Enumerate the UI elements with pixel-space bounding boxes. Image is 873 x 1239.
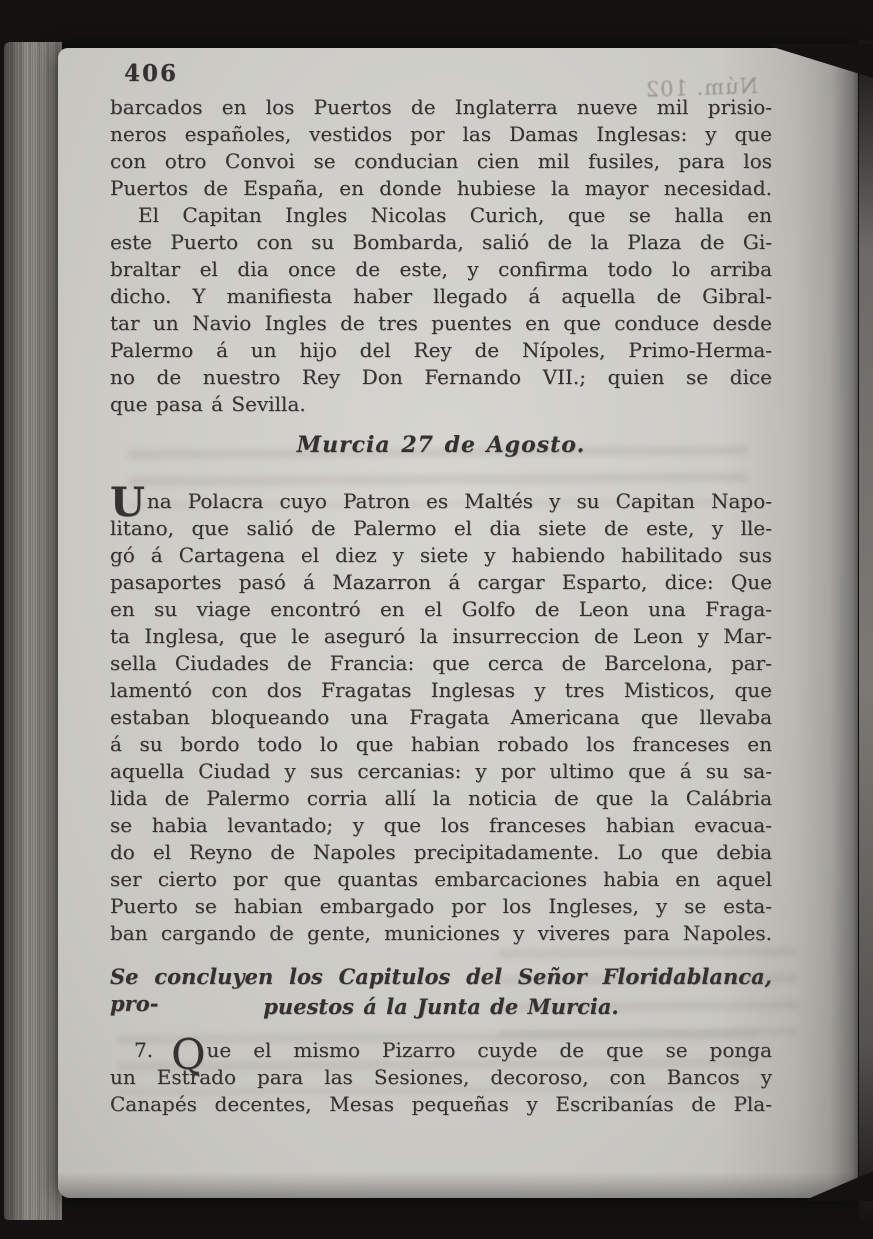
text-line: litano, que salió de Palermo el dia siet… xyxy=(110,515,772,542)
text-line: se habia levantado; y que los franceses … xyxy=(110,812,772,839)
text-line: lida de Palermo corria allí la noticia d… xyxy=(110,785,772,812)
page-paper: Núm. 102 406 barcados en los Puertos de … xyxy=(58,48,858,1198)
text-line-fragment: ue el mismo Pizarro cuyde de que se pong… xyxy=(207,1038,772,1062)
text-line: do el Reyno de Napoles precipitadamente.… xyxy=(110,839,772,866)
section-heading: Se concluyen los Capitulos del Señor Flo… xyxy=(110,963,772,1023)
text-line: pasaportes pasó á Mazarron á cargar Espa… xyxy=(110,569,772,596)
body-paragraph-capitan-curich: El Capitan Ingles Nicolas Curich, que se… xyxy=(110,202,772,418)
body-paragraph-polacra: Una Polacra cuyo Patron es Maltés y su C… xyxy=(110,488,772,947)
text-line: 7.Que el mismo Pizarro cuyde de que se p… xyxy=(110,1037,772,1064)
text-line: Una Polacra cuyo Patron es Maltés y su C… xyxy=(110,488,772,515)
text-line-fragment: na Polacra cuyo Patron es Maltés y su Ca… xyxy=(147,489,772,513)
text-line: á su bordo todo lo que habian robado los… xyxy=(110,731,772,758)
body-paragraph-continuation: barcados en los Puertos de Inglaterra nu… xyxy=(110,94,772,202)
dateline-heading: Murcia 27 de Agosto. xyxy=(110,432,772,462)
page-bottom-shadow xyxy=(58,1172,858,1198)
paragraph-lines: un Estrado para las Sesiones, decoroso, … xyxy=(110,1064,772,1118)
page-number: 406 xyxy=(124,60,772,88)
text-line: Canapés decentes, Mesas pequeñas y Escri… xyxy=(110,1091,772,1118)
text-line: aquella Ciudad y sus cercanias: y por ul… xyxy=(110,758,772,785)
photo-right-gap xyxy=(859,40,873,1220)
text-line: Puertos de España, en donde hubiese la m… xyxy=(110,175,772,202)
capitulo-number: 7. xyxy=(134,1038,153,1062)
photo-corner-top-right xyxy=(763,44,873,78)
text-block: 406 barcados en los Puertos de Inglaterr… xyxy=(110,60,772,1118)
drop-cap-initial: U xyxy=(110,479,145,526)
text-line: estaban bloqueando una Fragata Americana… xyxy=(110,704,772,731)
text-line: sella Ciudades de Francia: que cerca de … xyxy=(110,650,772,677)
text-line: lamentó con dos Fragatas Inglesas y tres… xyxy=(110,677,772,704)
text-line: con otro Convoi se conducian cien mil fu… xyxy=(110,148,772,175)
text-line: gó á Cartagena el diez y siete y habiend… xyxy=(110,542,772,569)
spacer xyxy=(110,472,772,488)
paragraph-lines: litano, que salió de Palermo el dia siet… xyxy=(110,515,772,947)
text-line: braltar el dia once de este, y confirma … xyxy=(110,256,772,283)
photo-corner-bottom-right xyxy=(803,1171,873,1201)
book-photo: Núm. 102 406 barcados en los Puertos de … xyxy=(0,0,873,1239)
section-heading-line: Se concluyen los Capitulos del Señor Flo… xyxy=(110,963,772,993)
text-line: Puerto se habian embargado por los Ingle… xyxy=(110,893,772,920)
text-line: barcados en los Puertos de Inglaterra nu… xyxy=(110,94,772,121)
body-paragraph-capitulo-7: 7.Que el mismo Pizarro cuyde de que se p… xyxy=(110,1037,772,1118)
text-line: ban cargando de gente, municiones y vive… xyxy=(110,920,772,947)
swash-initial: Q xyxy=(171,1030,205,1079)
text-line: en su viage encontró en el Golfo de Leon… xyxy=(110,596,772,623)
text-line: un Estrado para las Sesiones, decoroso, … xyxy=(110,1064,772,1091)
text-line: tar un Navio Ingles de tres puentes en q… xyxy=(110,310,772,337)
text-line: no de nuestro Rey Don Fernando VII.; qui… xyxy=(110,364,772,391)
text-line: este Puerto con su Bombarda, salió de la… xyxy=(110,229,772,256)
text-line: El Capitan Ingles Nicolas Curich, que se… xyxy=(110,202,772,229)
text-line: neros españoles, vestidos por las Damas … xyxy=(110,121,772,148)
text-line: Palermo á un hijo del Rey de Nípoles, Pr… xyxy=(110,337,772,364)
text-line: ta Inglesa, que le aseguró la insurrecci… xyxy=(110,623,772,650)
text-line: dicho. Y manifiesta haber llegado á aque… xyxy=(110,283,772,310)
book-page-edges xyxy=(4,42,62,1220)
text-line: que pasa á Sevilla. xyxy=(110,391,772,418)
section-heading-line: puestos á la Junta de Murcia. xyxy=(110,993,772,1023)
text-line: ser cierto por que quantas embarcaciones… xyxy=(110,866,772,893)
